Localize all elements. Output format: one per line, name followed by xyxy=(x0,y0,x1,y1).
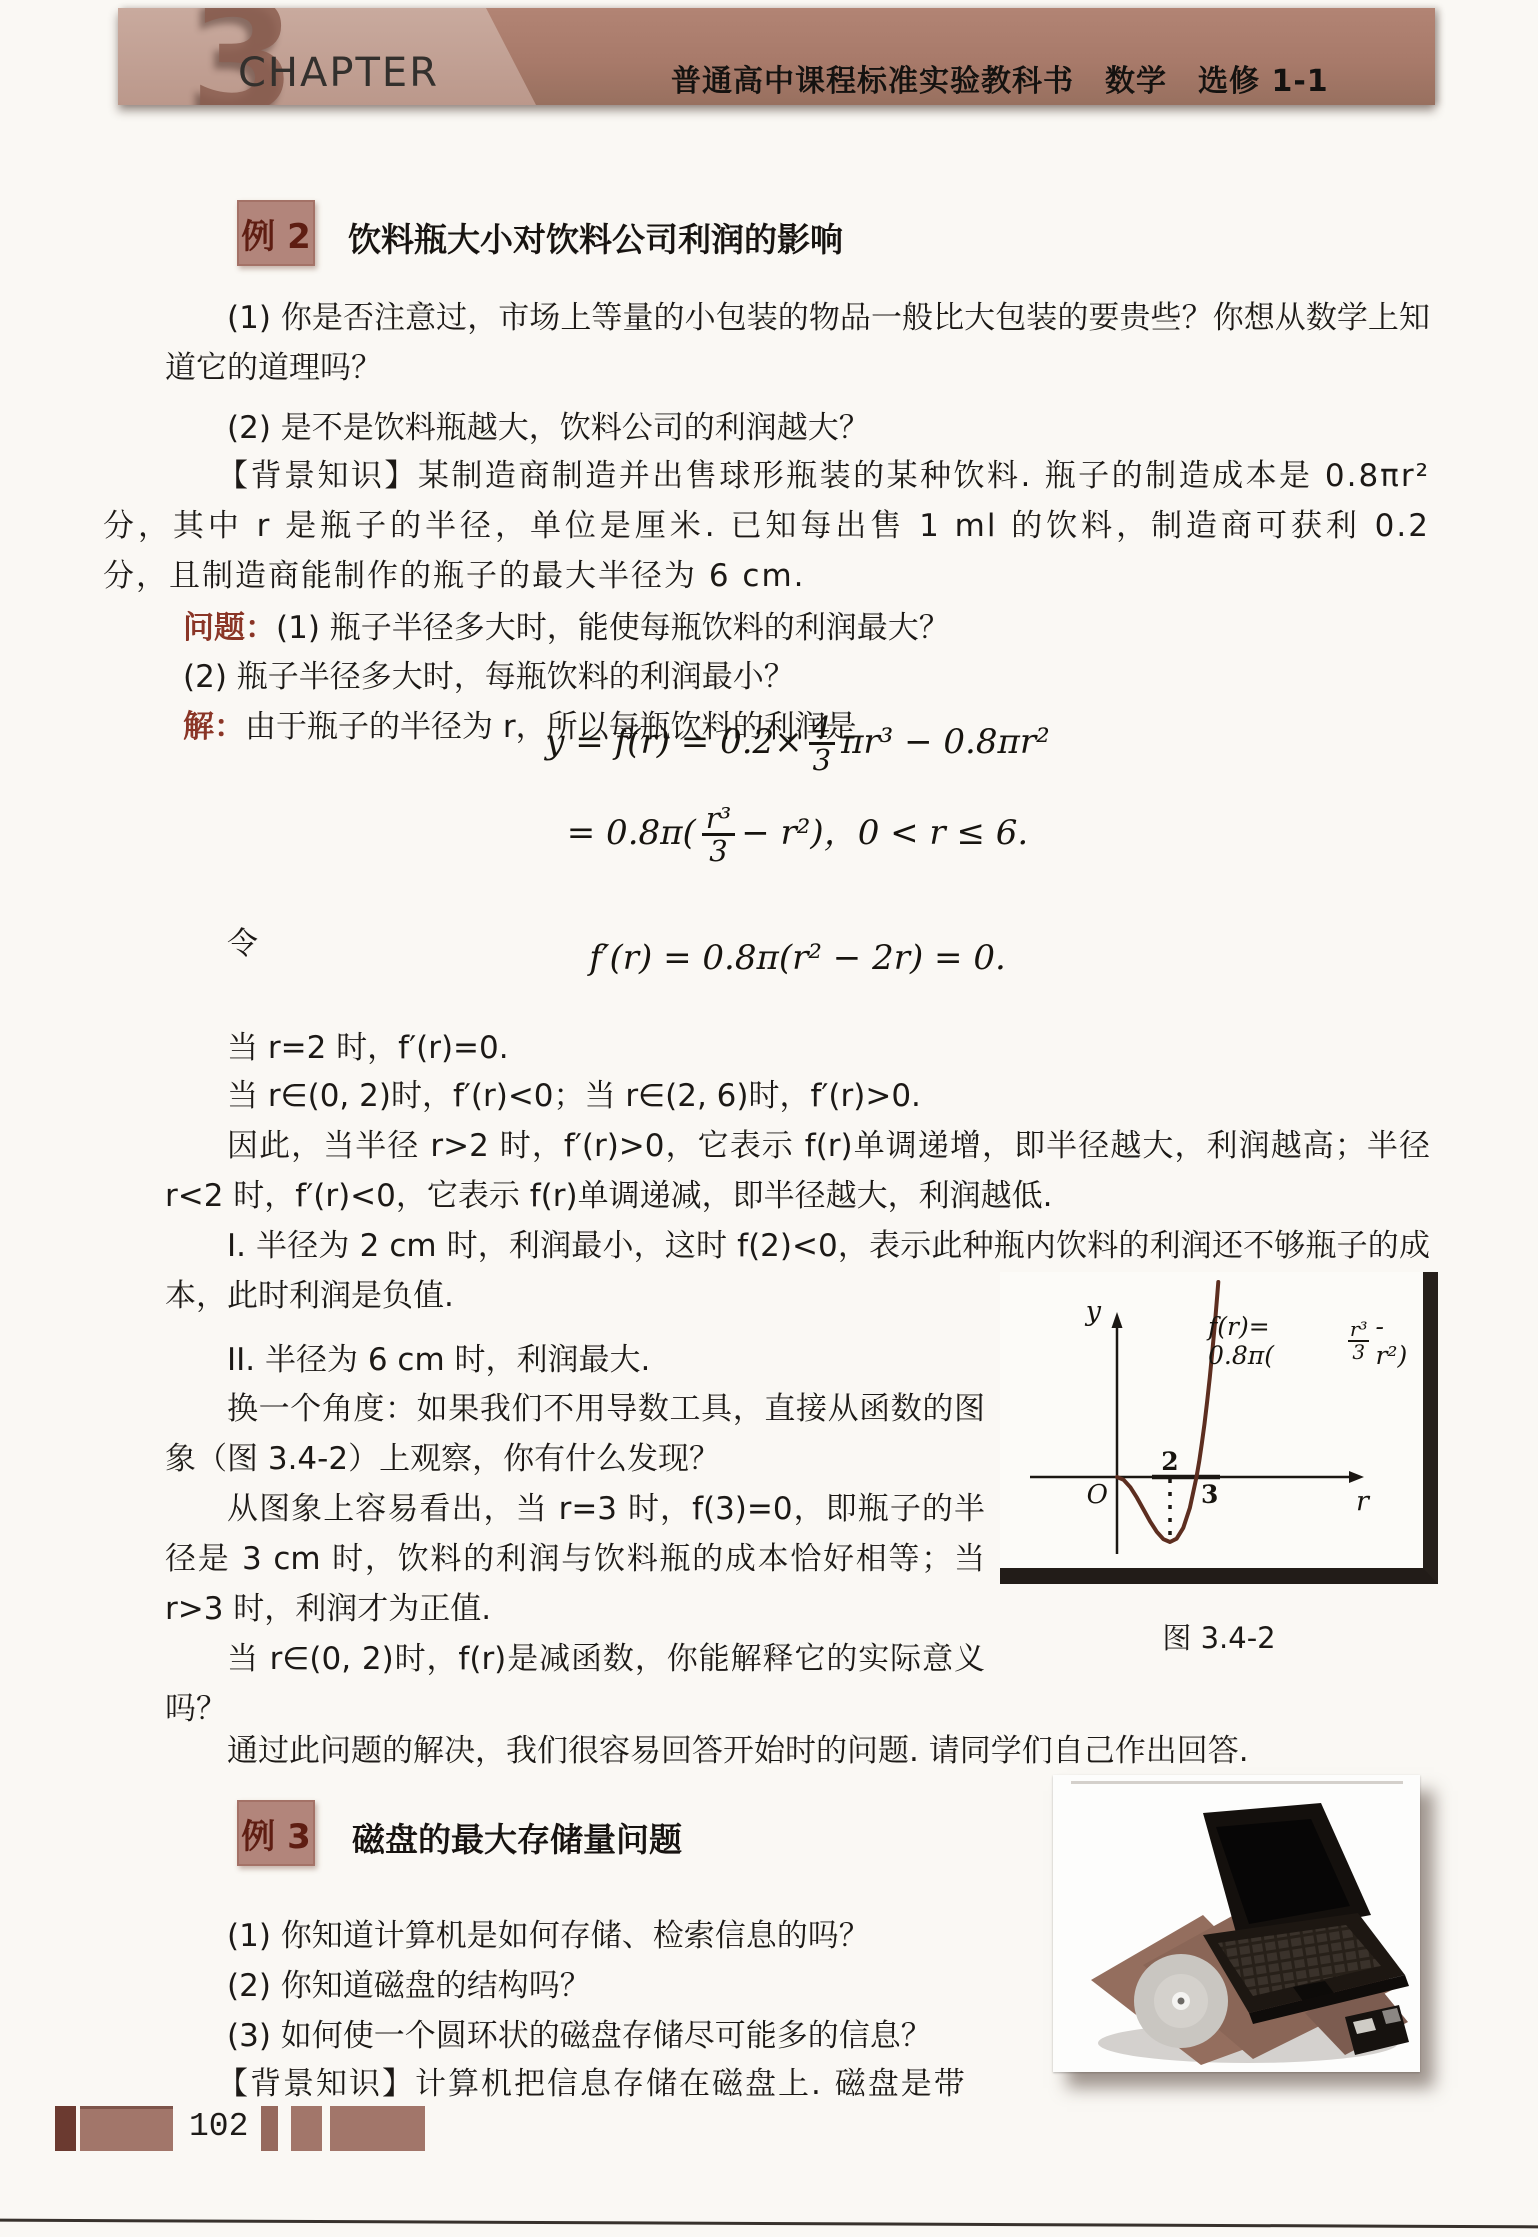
para-conclusion: 通过此问题的解决，我们很容易回答开始时的问题. 请同学们自己作出回答. xyxy=(165,1726,1430,1776)
example2-question2: (2) 是不是饮料瓶越大，饮料公司的利润越大？ xyxy=(165,403,1430,453)
fraction-denominator: 3 xyxy=(705,836,731,866)
figure-function-label: f(r)= 0.8π(r³3- r²) xyxy=(1208,1312,1423,1370)
para-viewpoint: 换一个角度：如果我们不用导数工具，直接从函数的图象（图 3.4-2）上观察，你有… xyxy=(165,1384,985,1484)
line-intervals: 当 r∈(0, 2)时，f′(r)<0；当 r∈(2, 6)时，f′(r)>0. xyxy=(165,1071,1430,1121)
formula-profit-simplified: = 0.8π(r³3− r²)，0 < r ≤ 6. xyxy=(165,803,1430,867)
example3-title: 磁盘的最大存储量问题 xyxy=(352,1814,682,1861)
example2-problem1: 问题：(1) 瓶子半径多大时，能使每瓶饮料的利润最大？ xyxy=(165,603,1430,653)
example2-badge: 例 2 xyxy=(237,200,315,266)
fraction-numerator: r³ xyxy=(1348,1319,1370,1340)
tick-label-3: 3 xyxy=(1201,1480,1218,1509)
para-case2: II. 半径为 6 cm 时，利润最大. xyxy=(165,1335,985,1385)
tick-label-2: 2 xyxy=(1161,1447,1178,1476)
formula-profit2-pre: = 0.8π( xyxy=(567,813,696,853)
para-monotonic: 因此，当半径 r>2 时，f′(r)>0，它表示 f(r)单调递增，即半径越大，… xyxy=(165,1121,1430,1221)
y-axis-arrow-icon xyxy=(1112,1312,1123,1328)
footer-block-dark xyxy=(55,2106,76,2151)
laptop-illustration xyxy=(1053,1775,1420,2072)
page-bottom-rule xyxy=(0,2219,1538,2229)
footer-block-small-1 xyxy=(261,2106,278,2151)
figure-label-fraction: r³3 xyxy=(1348,1319,1370,1363)
footer-block-wide-left xyxy=(80,2106,173,2151)
line-r-equals-2: 当 r=2 时，f′(r)=0. xyxy=(165,1023,1430,1073)
fraction-r-cubed-thirds: r³3 xyxy=(702,803,736,867)
fraction-numerator: r³ xyxy=(702,803,736,833)
chapter-word: CHAPTER xyxy=(238,50,439,96)
background-label: 【背景知识】 xyxy=(217,2066,415,2102)
example3-question1: (1) 你知道计算机是如何存储、检索信息的吗？ xyxy=(165,1911,1065,1961)
figure-label-post: - r²) xyxy=(1375,1312,1423,1370)
cd-center xyxy=(1178,1998,1185,2005)
y-axis-label: y xyxy=(1085,1296,1102,1327)
chapter-banner: 3 CHAPTER 普通高中课程标准实验教科书 数学 选修 1-1 xyxy=(118,8,1435,105)
fraction-four-thirds: 43 xyxy=(809,712,835,776)
fraction-numerator: 4 xyxy=(809,712,835,742)
example2-question1: (1) 你是否注意过，市场上等量的小包装的物品一般比大包装的要贵些？你想从数学上… xyxy=(165,293,1430,393)
origin-label: O xyxy=(1087,1480,1108,1510)
photo-scan-streak xyxy=(1071,1781,1403,1784)
laptop-photo xyxy=(1053,1775,1420,2072)
example3-question2: (2) 你知道磁盘的结构吗？ xyxy=(165,1961,1065,2011)
figure-3-4-2-panel: y r O 2 3 f(r)= 0.8π(r³3- r²) xyxy=(1000,1272,1438,1584)
figure-label-pre: f(r)= 0.8π( xyxy=(1208,1312,1342,1370)
fraction-denominator: 3 xyxy=(809,745,835,775)
formula-profit-pre: y = f(r) = 0.2× xyxy=(545,722,802,762)
formula-profit-post: πr³ − 0.8πr² xyxy=(841,722,1050,762)
x-axis-arrow-icon xyxy=(1349,1471,1364,1483)
formula-profit: y = f(r) = 0.2×43πr³ − 0.8πr² xyxy=(165,712,1430,776)
example2-problem2: (2) 瓶子半径多大时，每瓶饮料的利润最小？ xyxy=(165,652,1430,702)
background-text: 计算机把信息存储在磁盘上. 磁盘是带 xyxy=(415,2066,967,2102)
x-axis-label: r xyxy=(1356,1486,1371,1517)
footer-block-small-2 xyxy=(291,2106,322,2151)
background-label: 【背景知识】 xyxy=(217,458,418,494)
problem1-text: (1) 瓶子半径多大时，能使每瓶饮料的利润最大？ xyxy=(276,610,950,646)
example3-badge: 例 3 xyxy=(237,1800,315,1866)
figure-caption: 图 3.4-2 xyxy=(1000,1616,1438,1657)
book-title: 普通高中课程标准实验教科书 数学 选修 1-1 xyxy=(671,56,1329,100)
example3-question3: (3) 如何使一个圆环状的磁盘存储尽可能多的信息？ xyxy=(165,2011,1065,2061)
para-from-graph: 从图象上容易看出，当 r=3 时，f(3)=0，即瓶子的半径是 3 cm 时，饮… xyxy=(165,1484,985,1634)
fraction-denominator: 3 xyxy=(1350,1342,1367,1363)
formula-profit2-post: − r²)，0 < r ≤ 6. xyxy=(741,813,1028,853)
para-decreasing: 当 r∈(0, 2)时，f(r)是减函数，你能解释它的实际意义吗？ xyxy=(165,1634,985,1734)
page-number: 102 xyxy=(189,2108,248,2145)
example2-background: 【背景知识】某制造商制造并出售球形瓶装的某种饮料. 瓶子的制造成本是 0.8πr… xyxy=(103,451,1430,601)
footer-block-wide-right xyxy=(330,2106,425,2151)
example2-title: 饮料瓶大小对饮料公司利润的影响 xyxy=(348,214,843,261)
formula-derivative: f′(r) = 0.8π(r² − 2r) = 0. xyxy=(165,938,1430,978)
example3-background: 【背景知识】计算机把信息存储在磁盘上. 磁盘是带 xyxy=(165,2059,1065,2109)
textbook-page: 3 CHAPTER 普通高中课程标准实验教科书 数学 选修 1-1 例 2 饮料… xyxy=(0,0,1538,2237)
problem-label: 问题： xyxy=(183,610,276,646)
